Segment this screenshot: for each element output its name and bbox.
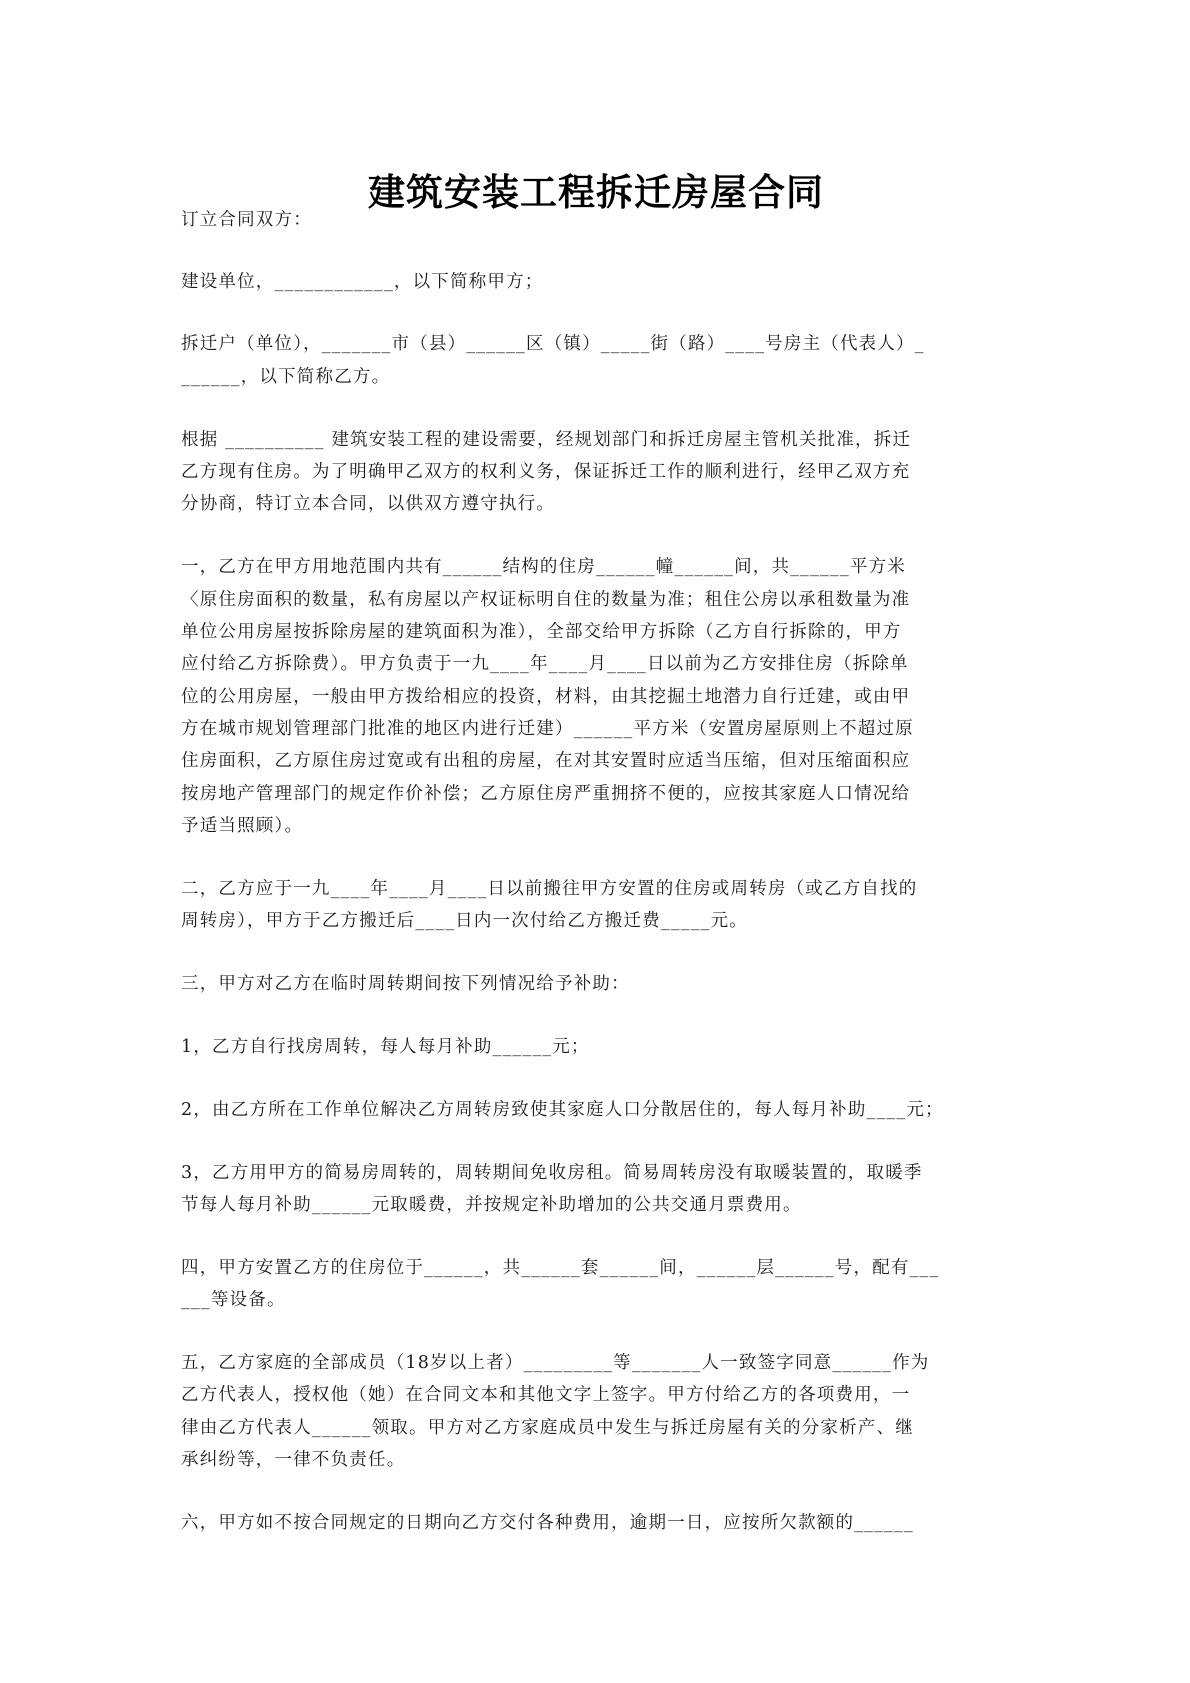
text-line: 住房面积，乙方原住房过宽或有出租的房屋，在对其安置时应适当压缩，但对压缩面积应	[181, 749, 1011, 773]
text-line: 3，乙方用甲方的简易房周转的，周转期间免收房租。简易周转房没有取暖装置的，取暖季	[181, 1161, 1011, 1185]
text-line: 〈原住房面积的数量，私有房屋以产权证标明自住的数量为准；租住公房以承租数量为准	[181, 588, 1011, 612]
text-line: 承纠纷等，一律不负责任。	[181, 1448, 1011, 1472]
text-line: 周转房），甲方于乙方搬迁后____日内一次付给乙方搬迁费_____元。	[181, 909, 1011, 933]
text-line: ______，以下简称乙方。	[181, 365, 1011, 389]
text-line: 分协商，特订立本合同，以供双方遵守执行。	[181, 492, 1011, 516]
text-line: 方在城市规划管理部门批准的地区内进行迁建）______平方米（安置房屋原则上不超…	[181, 717, 1011, 741]
text-line: 应付给乙方拆除费）。甲方负责于一九____年____月____日以前为乙方安排住…	[181, 652, 1011, 676]
text-line: 单位公用房屋按拆除房屋的建筑面积为准），全部交给甲方拆除（乙方自行拆除的，甲方	[181, 620, 1011, 644]
text-line: 位的公用房屋，一般由甲方拨给相应的投资，材料，由其挖掘土地潜力自行迁建，或由甲	[181, 685, 1011, 709]
text-line: 1，乙方自行找房周转，每人每月补助______元；	[181, 1035, 1011, 1059]
text-line: 一，乙方在甲方用地范围内共有______结构的住房______幢______间，…	[181, 555, 1011, 579]
text-line: 五，乙方家庭的全部成员（18岁以上者）_________等_______人一致签…	[181, 1351, 1011, 1375]
text-line: 订立合同双方：	[181, 208, 1011, 232]
text-line: 建设单位，____________，以下简称甲方；	[181, 270, 1011, 294]
text-line: 律由乙方代表人______领取。甲方对乙方家庭成员中发生与拆迁房屋有关的分家析产…	[181, 1416, 1011, 1440]
text-line: 2，由乙方所在工作单位解决乙方周转房致使其家庭人口分散居住的，每人每月补助___…	[181, 1098, 1011, 1122]
text-line: 三，甲方对乙方在临时周转期间按下列情况给予补助：	[181, 972, 1011, 996]
text-line: 节每人每月补助______元取暖费，并按规定补助增加的公共交通月票费用。	[181, 1193, 1011, 1217]
text-line: 拆迁户（单位），_______市（县）______区（镇）_____街（路）__…	[181, 332, 1011, 356]
text-line: 根据 __________ 建筑安装工程的建设需要，经规划部门和拆迁房屋主管机关…	[181, 428, 1011, 452]
text-line: 乙方代表人，授权他（她）在合同文本和其他文字上签字。甲方付给乙方的各项费用，一	[181, 1383, 1011, 1407]
text-line: 二，乙方应于一九____年____月____日以前搬往甲方安置的住房或周转房（或…	[181, 877, 1011, 901]
text-line: 乙方现有住房。为了明确甲乙双方的权利义务，保证拆迁工作的顺利进行，经甲乙双方充	[181, 460, 1011, 484]
text-line: ___等设备。	[181, 1288, 1011, 1312]
text-line: 予适当照顾）。	[181, 814, 1011, 838]
text-line: 四，甲方安置乙方的住房位于______，共______套______间，____…	[181, 1256, 1011, 1280]
text-line: 按房地产管理部门的规定作价补偿；乙方原住房严重拥挤不便的，应按其家庭人口情况给	[181, 782, 1011, 806]
text-line: 六，甲方如不按合同规定的日期向乙方交付各种费用，逾期一日，应按所欠款额的____…	[181, 1511, 1011, 1535]
